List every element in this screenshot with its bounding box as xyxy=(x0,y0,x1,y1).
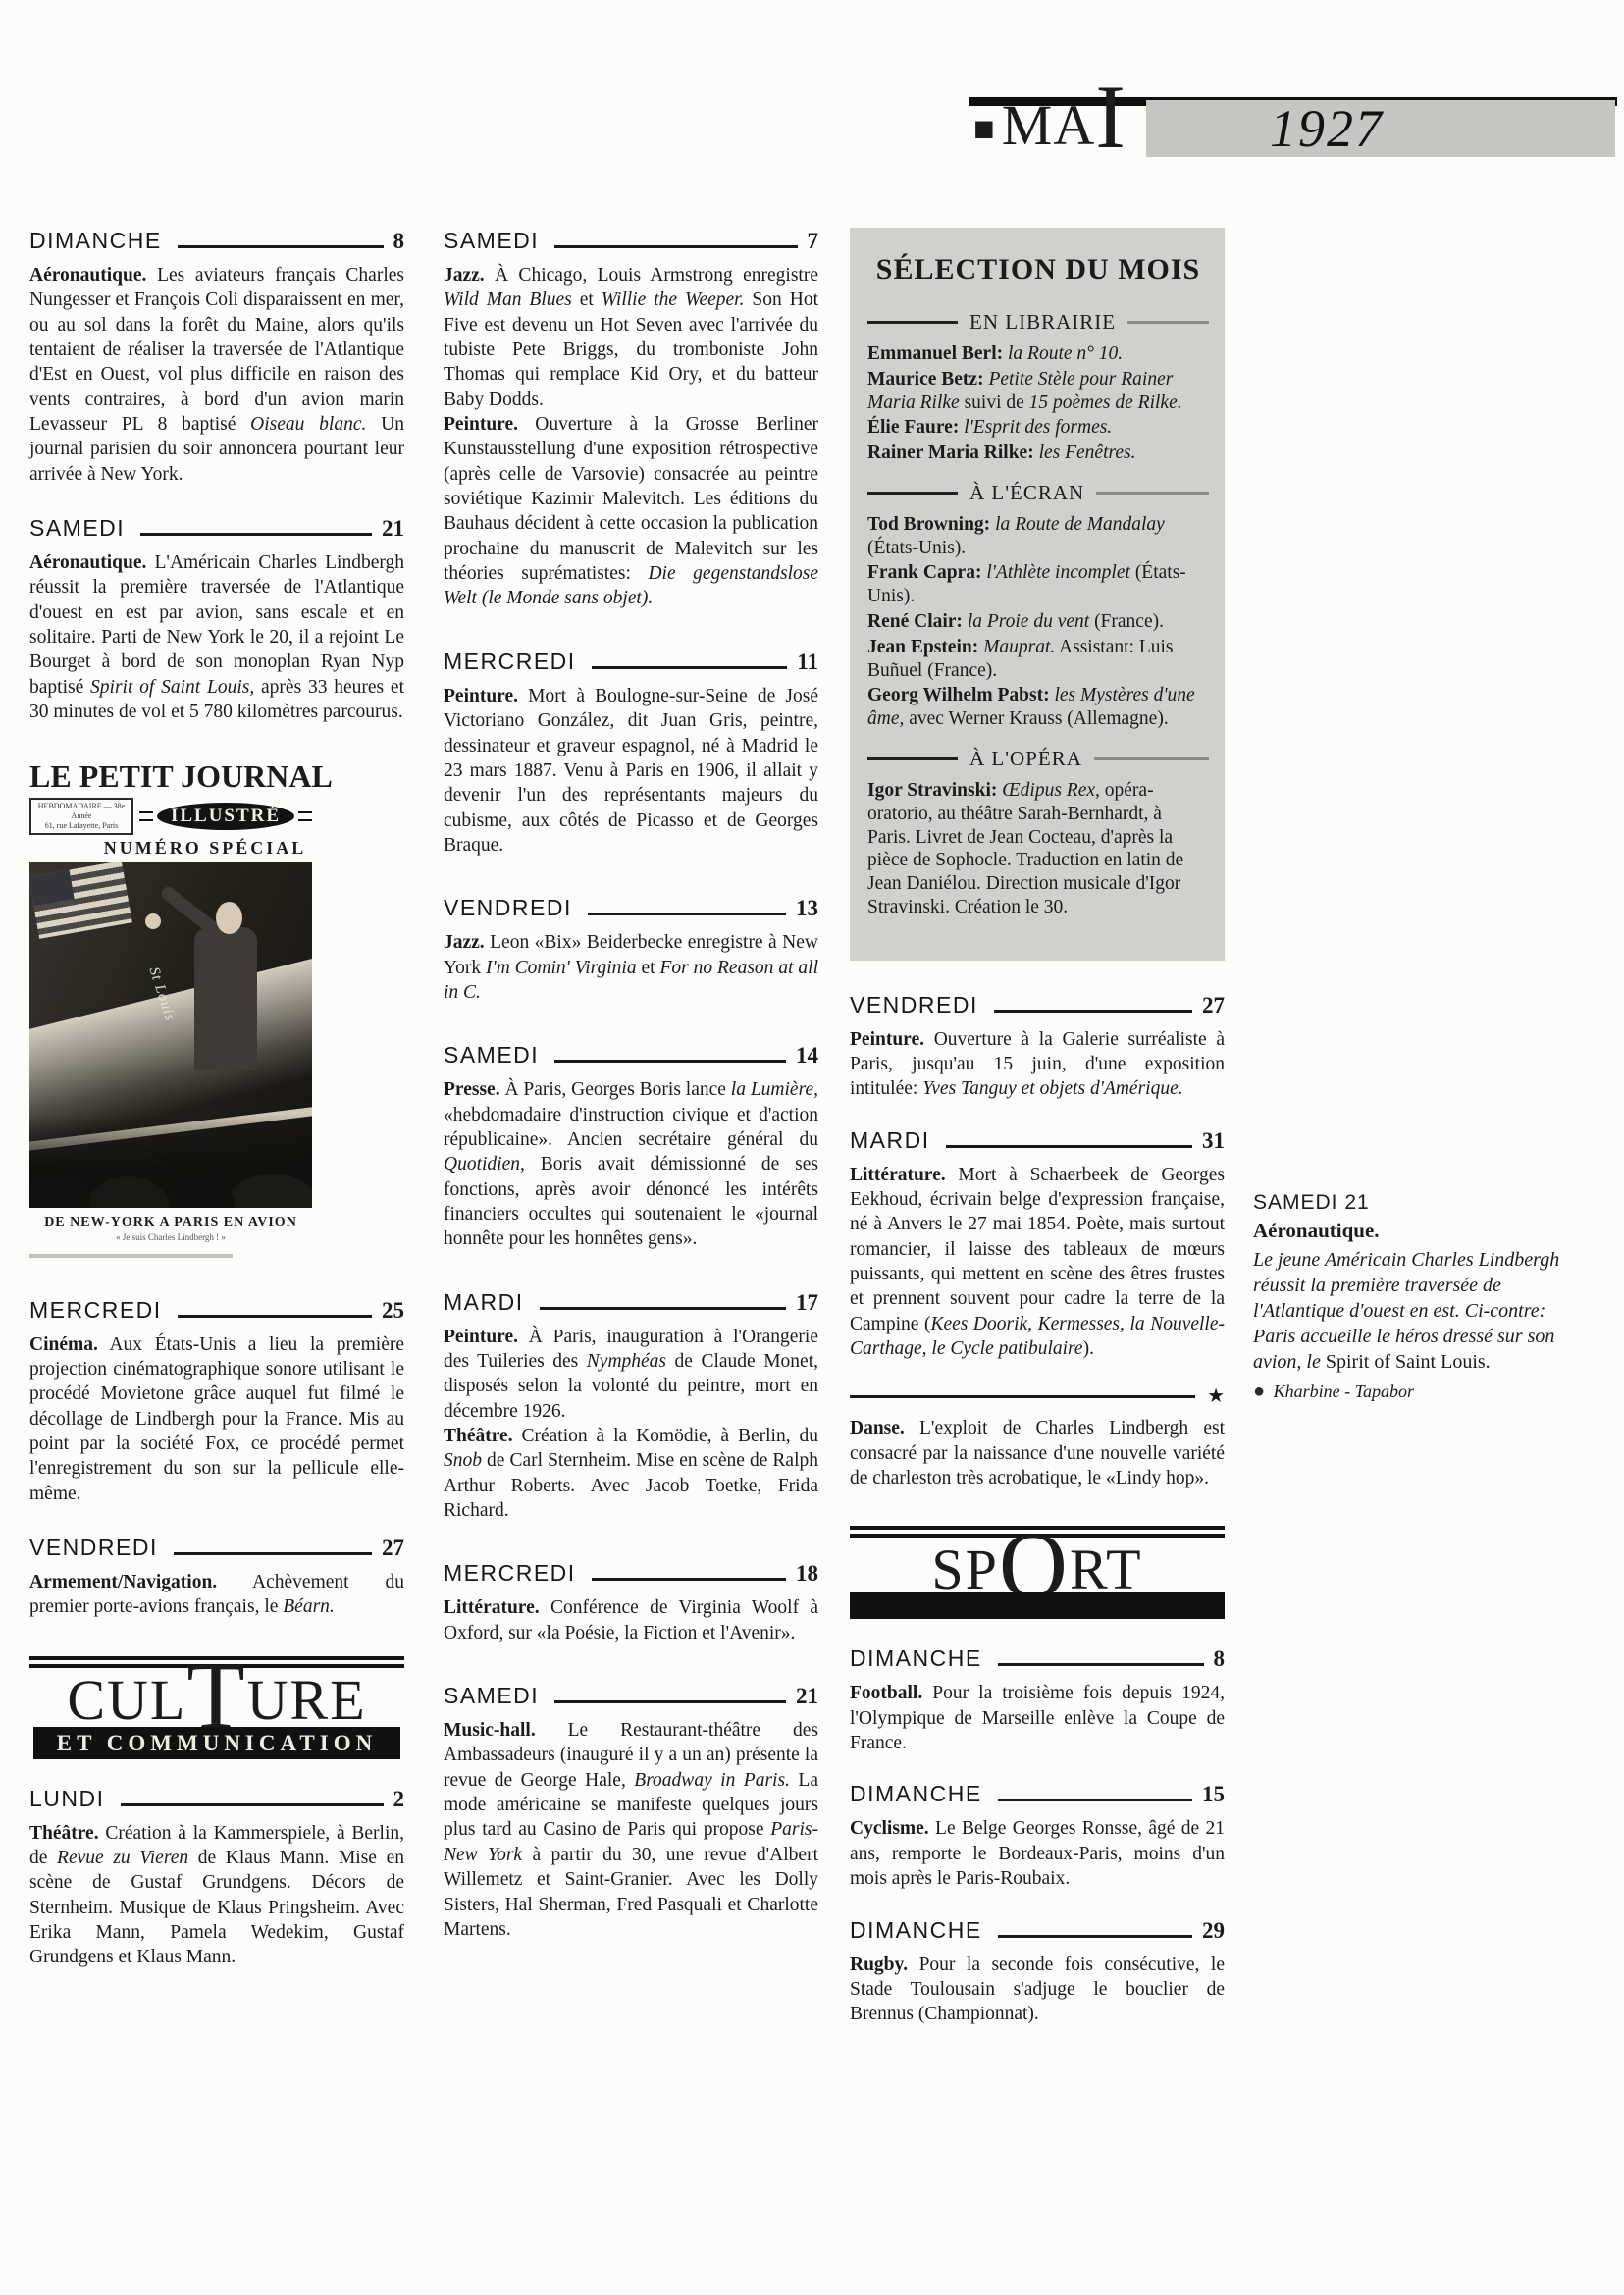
entry-rule xyxy=(174,1552,372,1555)
entry-header: VENDREDI27 xyxy=(29,1535,404,1561)
text-run: la Lumière, xyxy=(731,1079,818,1100)
entry-number: 13 xyxy=(796,896,818,921)
entry-rule xyxy=(540,1307,786,1310)
text-run: Peinture. xyxy=(444,686,518,706)
calendar-entry: SAMEDI21Aéronautique. L'Américain Charle… xyxy=(29,515,404,724)
text-run: Œdipus Rex, xyxy=(997,780,1100,801)
sport-black-bar xyxy=(850,1592,1225,1619)
text-run: L'Américain Charles Lindbergh réussit la… xyxy=(29,552,404,698)
entry-number: 2 xyxy=(393,1787,405,1812)
cover-imprint-line2: 61, rue Lafayette, Paris xyxy=(34,821,129,831)
heading-right-rule xyxy=(1127,321,1209,324)
text-run: Béarn. xyxy=(283,1596,335,1617)
text-run: Cyclisme. xyxy=(850,1818,929,1839)
heading-left-rule xyxy=(867,492,958,495)
danse-paragraph: Danse. L'exploit de Charles Lindbergh es… xyxy=(850,1416,1225,1490)
entry-rule xyxy=(994,1010,1192,1013)
text-run: Football. xyxy=(850,1683,922,1703)
culture-section-banner: CULTURE ET COMMUNICATION xyxy=(29,1648,404,1764)
text-run: l'Athlète incomplet xyxy=(981,562,1129,583)
calendar-entry: MERCREDI18Littérature. Conférence de Vir… xyxy=(444,1560,818,1645)
selection-item: Maurice Betz: Petite Stèle pour Rainer M… xyxy=(867,368,1209,415)
entry-rule xyxy=(998,1663,1204,1666)
crowd-illustration xyxy=(29,1114,312,1208)
selection-title: SÉLECTION DU MOIS xyxy=(867,253,1209,287)
text-run: Yves Tanguy et objets d'Amérique. xyxy=(922,1078,1182,1099)
text-run: avec Werner Krauss (Allemagne). xyxy=(904,708,1168,729)
entry-number: 7 xyxy=(808,229,819,254)
text-run: Littérature. xyxy=(444,1597,540,1618)
entry-number: 21 xyxy=(796,1684,818,1709)
entry-number: 31 xyxy=(1202,1128,1225,1154)
entry-rule xyxy=(554,1700,786,1703)
calendar-entry: MARDI17Peinture. À Paris, inauguration à… xyxy=(444,1289,818,1524)
illegible-caption-line xyxy=(29,1254,233,1258)
square-bullet-icon: ■ xyxy=(973,101,995,156)
text-run: Jazz. xyxy=(444,932,485,953)
text-run: Georg Wilhelm Pabst: xyxy=(867,685,1050,705)
entry-list: DIMANCHE8Football. Pour la troisième foi… xyxy=(850,1645,1225,2026)
selection-item: Frank Capra: l'Athlète incomplet (États-… xyxy=(867,561,1209,608)
entry-header: SAMEDI7 xyxy=(444,228,818,254)
heading-right-rule xyxy=(1096,492,1209,495)
cover-caption: DE NEW-YORK A PARIS EN AVION xyxy=(29,1215,312,1230)
entry-header: MARDI17 xyxy=(444,1289,818,1316)
entry-header: SAMEDI14 xyxy=(444,1042,818,1069)
entry-number: 15 xyxy=(1202,1782,1225,1807)
calendar-entry: SAMEDI7Jazz. À Chicago, Louis Armstrong … xyxy=(444,228,818,611)
text-run: Spirit of Saint Louis. xyxy=(1326,1351,1491,1373)
calendar-entry: SAMEDI14Presse. À Paris, Georges Boris l… xyxy=(444,1042,818,1251)
calendar-entry: LUNDI2Théâtre. Création à la Kammerspiel… xyxy=(29,1786,404,1970)
lindbergh-head-illustration xyxy=(216,902,242,934)
calendar-entry: VENDREDI13Jazz. Leon «Bix» Beiderbecke e… xyxy=(444,895,818,1005)
culture-title-post: URE xyxy=(247,1668,367,1732)
text-run: Peinture. xyxy=(850,1029,924,1050)
text-run: I'm Comin' Virginia xyxy=(486,958,637,978)
cover-special-issue-label: NUMÉRO SPÉCIAL xyxy=(29,838,312,859)
calendar-entry: MARDI31Littérature. Mort à Schaerbeek de… xyxy=(850,1127,1225,1362)
text-run: Broadway in Paris. xyxy=(634,1770,790,1791)
entry-day: VENDREDI xyxy=(850,992,978,1018)
text-run: Mauprat. xyxy=(978,637,1055,657)
text-run: Wild Man Blues xyxy=(444,289,572,310)
selection-item: Jean Epstein: Mauprat. Assistant: Luis B… xyxy=(867,636,1209,683)
entry-header: DIMANCHE15 xyxy=(850,1781,1225,1807)
calendar-entry: DIMANCHE29Rugby. Pour la seconde fois co… xyxy=(850,1917,1225,2027)
text-run: et xyxy=(572,289,602,310)
text-run: Aux États-Unis a lieu la première projec… xyxy=(29,1334,404,1504)
caption-lead: Aéronautique. xyxy=(1253,1218,1577,1244)
year-text: 1927 xyxy=(1270,98,1384,159)
entry-paragraph: Rugby. Pour la seconde fois consécutive,… xyxy=(850,1953,1225,2027)
cover-imprint-box: HEBDOMADAIRE — 38e Année 61, rue Lafayet… xyxy=(29,798,133,835)
text-run: l'Esprit des formes. xyxy=(959,417,1112,438)
entry-header: DIMANCHE29 xyxy=(850,1917,1225,1944)
entry-rule xyxy=(998,1799,1192,1801)
entry-day: DIMANCHE xyxy=(29,228,162,254)
badge-left-line xyxy=(139,811,153,821)
text-run: Ouverture à la Grosse Berliner Kunstauss… xyxy=(444,414,818,584)
entry-rule xyxy=(998,1935,1192,1938)
entry-header: LUNDI2 xyxy=(29,1786,404,1812)
text-run: Peinture. xyxy=(444,1327,518,1347)
credit-bullet-icon: ● xyxy=(1253,1381,1265,1402)
text-run: Aéronautique. xyxy=(29,552,146,573)
heading-right-rule xyxy=(1094,757,1209,760)
entry-paragraph: Jazz. À Chicago, Louis Armstrong enregis… xyxy=(444,263,818,412)
illustre-badge: ILLUSTRÉ xyxy=(157,803,294,830)
entry-rule xyxy=(554,245,797,248)
text-run: 15 poèmes de Rilke. xyxy=(1029,392,1182,413)
flag-canton xyxy=(29,869,75,906)
entry-number: 8 xyxy=(393,229,405,254)
selection-item: Georg Wilhelm Pabst: les Mystères d'une … xyxy=(867,684,1209,731)
culture-title-pre: CUL xyxy=(67,1668,186,1732)
text-run: «hebdomadaire d'instruction civique et d… xyxy=(444,1105,818,1150)
cover-imprint-line1: HEBDOMADAIRE — 38e Année xyxy=(34,802,129,821)
text-run: Snob xyxy=(444,1450,482,1471)
text-run: Igor Stravinski: xyxy=(867,780,997,801)
entry-day: VENDREDI xyxy=(29,1535,158,1561)
entry-number: 29 xyxy=(1202,1918,1225,1944)
badge-right-line xyxy=(298,811,312,821)
entry-rule xyxy=(592,666,788,669)
entry-list: VENDREDI27Peinture. Ouverture à la Galer… xyxy=(850,992,1225,1362)
entry-header: SAMEDI21 xyxy=(444,1683,818,1709)
masthead-month: ■ MA I xyxy=(973,98,1126,160)
entry-list: DIMANCHE8Aéronautique. Les aviateurs fra… xyxy=(29,228,404,725)
entry-number: 18 xyxy=(796,1561,818,1587)
entry-list: MERCREDI25Cinéma. Aux États-Unis a lieu … xyxy=(29,1297,404,1620)
entry-day: SAMEDI xyxy=(444,228,539,254)
entry-day: MARDI xyxy=(850,1127,930,1154)
text-run: Rainer Maria Rilke: xyxy=(867,443,1034,463)
month-text: MA xyxy=(1002,98,1095,153)
entry-number: 11 xyxy=(797,650,818,675)
star-icon: ★ xyxy=(1207,1386,1225,1406)
text-run: Tod Browning: xyxy=(867,514,990,535)
text-run: Music-hall. xyxy=(444,1720,536,1741)
entry-number: 25 xyxy=(382,1298,404,1324)
cover-subhead-row: HEBDOMADAIRE — 38e Année 61, rue Lafayet… xyxy=(29,798,312,835)
text-run: Oiseau blanc. xyxy=(250,414,366,435)
caption-text: Le jeune Américain Charles Lindbergh réu… xyxy=(1253,1247,1577,1375)
entry-day: MERCREDI xyxy=(444,649,576,675)
text-run: Cinéma. xyxy=(29,1334,98,1355)
entry-paragraph: Peinture. Mort à Boulogne-sur-Seine de J… xyxy=(444,684,818,858)
entry-header: VENDREDI13 xyxy=(444,895,818,921)
entry-header: DIMANCHE8 xyxy=(29,228,404,254)
entry-number: 17 xyxy=(796,1290,818,1316)
entry-paragraph: Aéronautique. L'Américain Charles Lindbe… xyxy=(29,550,404,724)
entry-paragraph: Presse. À Paris, Georges Boris lance la … xyxy=(444,1077,818,1251)
text-run: (États-Unis). xyxy=(867,538,966,558)
entry-day: MERCREDI xyxy=(29,1297,162,1324)
calendar-entry: MERCREDI11Peinture. Mort à Boulogne-sur-… xyxy=(444,649,818,858)
column-1: DIMANCHE8Aéronautique. Les aviateurs fra… xyxy=(29,228,404,1999)
cover-subcaption: « Je suis Charles Lindbergh ! » xyxy=(29,1232,312,1242)
calendar-entry: VENDREDI27Armement/Navigation. Achèvemen… xyxy=(29,1535,404,1620)
entry-header: DIMANCHE8 xyxy=(850,1645,1225,1672)
entry-rule xyxy=(121,1803,384,1806)
heading-text: À L'OPÉRA xyxy=(969,747,1082,771)
selection-item: Rainer Maria Rilke: les Fenêtres. xyxy=(867,442,1209,465)
selection-section-heading: À L'OPÉRA xyxy=(867,747,1209,771)
text-run: Élie Faure: xyxy=(867,417,959,438)
text-run: Quotidien, xyxy=(444,1154,525,1174)
text-run: À Chicago, Louis Armstrong enregistre xyxy=(485,265,818,286)
selection-item-list: Emmanuel Berl: la Route n° 10.Maurice Be… xyxy=(867,342,1209,465)
margin-photo-caption: SAMEDI 21 Aéronautique. Le jeune América… xyxy=(1253,1189,1577,1404)
text-run: René Clair: xyxy=(867,611,963,632)
entry-paragraph: Cinéma. Aux États-Unis a lieu la premièr… xyxy=(29,1332,404,1506)
credit-agency: Kharbine - Tapabor xyxy=(1274,1382,1414,1401)
text-run: les Fenêtres. xyxy=(1034,443,1136,463)
calendar-entry: DIMANCHE8Football. Pour la troisième foi… xyxy=(850,1645,1225,1755)
entry-rule xyxy=(946,1145,1192,1148)
petit-journal-cover: LE PETIT JOURNAL HEBDOMADAIRE — 38e Anné… xyxy=(29,758,312,1258)
text-run: la Route n° 10. xyxy=(1003,343,1123,364)
entry-day: DIMANCHE xyxy=(850,1917,982,1944)
text-run: Willie the Weeper. xyxy=(602,289,745,310)
entry-day: DIMANCHE xyxy=(850,1781,982,1807)
entry-paragraph: Armement/Navigation. Achèvement du premi… xyxy=(29,1570,404,1620)
entry-paragraph: Football. Pour la troisième fois depuis … xyxy=(850,1681,1225,1755)
entry-rule xyxy=(178,245,384,248)
star-divider: ★ xyxy=(850,1386,1225,1406)
calendar-entry: VENDREDI27Peinture. Ouverture à la Galer… xyxy=(850,992,1225,1102)
entry-rule xyxy=(588,913,786,915)
entry-number: 21 xyxy=(382,516,404,542)
text-run: la Proie du vent xyxy=(963,611,1089,632)
selection-item: Élie Faure: l'Esprit des formes. xyxy=(867,416,1209,440)
text-run: Revue zu Vieren xyxy=(57,1848,188,1868)
entry-day: VENDREDI xyxy=(444,895,572,921)
text-run: Littérature. xyxy=(850,1165,946,1185)
text-run: Les aviateurs français Charles Nungesser… xyxy=(29,265,404,435)
selection-section-heading: EN LIBRAIRIE xyxy=(867,310,1209,335)
text-run: Spirit of Saint Louis, xyxy=(90,677,254,698)
entry-day: SAMEDI xyxy=(444,1042,539,1069)
culture-subtitle-bar: ET COMMUNICATION xyxy=(33,1727,400,1759)
selection-item: Igor Stravinski: Œdipus Rex, opéra-orato… xyxy=(867,779,1209,919)
entry-header: MERCREDI18 xyxy=(444,1560,818,1587)
entry-day: MERCREDI xyxy=(444,1560,576,1587)
calendar-entry: MERCREDI25Cinéma. Aux États-Unis a lieu … xyxy=(29,1297,404,1506)
text-run: suivi de xyxy=(960,392,1029,413)
text-run: Danse. xyxy=(850,1418,905,1438)
selection-section-heading: À L'ÉCRAN xyxy=(867,481,1209,505)
text-run: Rugby. xyxy=(850,1955,908,1975)
text-run: Frank Capra: xyxy=(867,562,981,583)
entry-number: 14 xyxy=(796,1043,818,1069)
entry-paragraph: Cyclisme. Le Belge Georges Ronsse, âgé d… xyxy=(850,1816,1225,1891)
calendar-entry: DIMANCHE8Aéronautique. Les aviateurs fra… xyxy=(29,228,404,487)
text-run: de Carl Sternheim. Mise en scène de Ralp… xyxy=(444,1450,818,1521)
calendar-entry: SAMEDI21Music-hall. Le Restaurant-théâtr… xyxy=(444,1683,818,1942)
divider-line xyxy=(850,1395,1195,1398)
heading-text: À L'ÉCRAN xyxy=(969,481,1084,505)
entry-paragraph: Littérature. Conférence de Virginia Wool… xyxy=(444,1595,818,1645)
selection-item: Tod Browning: la Route de Mandalay (État… xyxy=(867,513,1209,560)
selection-du-mois-box: SÉLECTION DU MOIS EN LIBRAIRIE Emmanuel … xyxy=(850,228,1225,961)
entry-paragraph: Peinture. Ouverture à la Grosse Berliner… xyxy=(444,412,818,611)
cover-badge: ILLUSTRÉ xyxy=(139,803,312,830)
entry-paragraph: Peinture. Ouverture à la Galerie surréal… xyxy=(850,1027,1225,1102)
entry-list: SAMEDI7Jazz. À Chicago, Louis Armstrong … xyxy=(444,228,818,1942)
entry-header: MERCREDI25 xyxy=(29,1297,404,1324)
entry-paragraph: Théâtre. Création à la Kammerspiele, à B… xyxy=(29,1821,404,1970)
text-run: Mort à Schaerbeek de Georges Eekhoud, éc… xyxy=(850,1165,1225,1334)
entry-day: SAMEDI xyxy=(444,1683,539,1709)
text-run: et xyxy=(637,958,660,978)
calendar-entry: DIMANCHE15Cyclisme. Le Belge Georges Ron… xyxy=(850,1781,1225,1891)
entry-number: 27 xyxy=(382,1536,404,1561)
heading-left-rule xyxy=(867,321,958,324)
entry-number: 8 xyxy=(1214,1646,1226,1672)
text-run: Mort à Boulogne-sur-Seine de José Victor… xyxy=(444,686,818,856)
entry-paragraph: Jazz. Leon «Bix» Beiderbecke enregistre … xyxy=(444,930,818,1005)
entry-paragraph: Aéronautique. Les aviateurs français Cha… xyxy=(29,263,404,487)
cover-photo: St Louis xyxy=(29,862,312,1208)
column-2: SAMEDI7Jazz. À Chicago, Louis Armstrong … xyxy=(444,228,818,1979)
cover-masthead: LE PETIT JOURNAL xyxy=(29,758,312,795)
text-run: À Paris, Georges Boris lance xyxy=(500,1079,731,1100)
entry-day: DIMANCHE xyxy=(850,1645,982,1672)
entry-paragraph: Peinture. À Paris, inauguration à l'Oran… xyxy=(444,1325,818,1424)
danse-note: ★ Danse. L'exploit de Charles Lindbergh … xyxy=(850,1386,1225,1490)
photo-credit: ● Kharbine - Tapabor xyxy=(1253,1379,1577,1404)
text-run: Nymphéas xyxy=(587,1351,666,1372)
entry-paragraph: Théâtre. Création à la Komödie, à Berlin… xyxy=(444,1424,818,1523)
entry-day: LUNDI xyxy=(29,1786,105,1812)
text-run: Emmanuel Berl: xyxy=(867,343,1003,364)
entry-number: 27 xyxy=(1202,993,1225,1018)
caption-kicker: SAMEDI 21 xyxy=(1253,1189,1577,1216)
entry-header: SAMEDI21 xyxy=(29,515,404,542)
text-run: Armement/Navigation. xyxy=(29,1572,217,1592)
selection-item: René Clair: la Proie du vent (France). xyxy=(867,610,1209,634)
entry-header: MARDI31 xyxy=(850,1127,1225,1154)
selection-item-list: Igor Stravinski: Œdipus Rex, opéra-orato… xyxy=(867,779,1209,919)
culture-title: CULTURE xyxy=(29,1672,404,1729)
sport-section-banner: SPORT xyxy=(850,1518,1225,1620)
text-run: Peinture. xyxy=(444,414,518,435)
entry-rule xyxy=(178,1315,372,1318)
column-3: SÉLECTION DU MOIS EN LIBRAIRIE Emmanuel … xyxy=(850,228,1225,2053)
sport-title: SPORT xyxy=(850,1541,1225,1598)
entry-paragraph: Littérature. Mort à Schaerbeek de George… xyxy=(850,1163,1225,1362)
text-run: Maurice Betz: xyxy=(867,369,984,390)
selection-item: Emmanuel Berl: la Route n° 10. xyxy=(867,342,1209,366)
heading-text: EN LIBRAIRIE xyxy=(969,310,1116,335)
selection-section-librairie: EN LIBRAIRIE Emmanuel Berl: la Route n° … xyxy=(867,310,1209,465)
text-run: Jean Epstein: xyxy=(867,637,978,657)
selection-section-ecran: À L'ÉCRAN Tod Browning: la Route de Mand… xyxy=(867,481,1209,731)
lindbergh-figure-illustration xyxy=(194,927,257,1070)
entry-list: LUNDI2Théâtre. Création à la Kammerspiel… xyxy=(29,1786,404,1970)
text-run: Création à la Komödie, à Berlin, du xyxy=(513,1426,818,1446)
entry-day: MARDI xyxy=(444,1289,524,1316)
text-run: Théâtre. xyxy=(444,1426,513,1446)
us-flag-illustration xyxy=(29,862,132,939)
text-run: Jazz. xyxy=(444,265,485,286)
entry-day: SAMEDI xyxy=(29,515,125,542)
text-run: Aéronautique. xyxy=(29,265,146,286)
text-run: L'exploit de Charles Lindbergh est consa… xyxy=(850,1418,1225,1488)
text-run: Théâtre. xyxy=(29,1823,99,1844)
text-run: (France). xyxy=(1089,611,1164,632)
lindbergh-hand-illustration xyxy=(145,913,161,929)
selection-item-list: Tod Browning: la Route de Mandalay (État… xyxy=(867,513,1209,731)
entry-rule xyxy=(140,533,372,536)
heading-left-rule xyxy=(867,757,958,760)
entry-rule xyxy=(554,1060,786,1063)
text-run: Presse. xyxy=(444,1079,500,1100)
entry-header: MERCREDI11 xyxy=(444,649,818,675)
entry-paragraph: Music-hall. Le Restaurant-théâtre des Am… xyxy=(444,1718,818,1942)
text-run: la Route de Mandalay xyxy=(990,514,1165,535)
text-run: ). xyxy=(1083,1338,1094,1359)
masthead-year: 1927 xyxy=(1146,100,1615,157)
selection-section-opera: À L'OPÉRA Igor Stravinski: Œdipus Rex, o… xyxy=(867,747,1209,919)
entry-header: VENDREDI27 xyxy=(850,992,1225,1018)
entry-rule xyxy=(592,1578,786,1581)
